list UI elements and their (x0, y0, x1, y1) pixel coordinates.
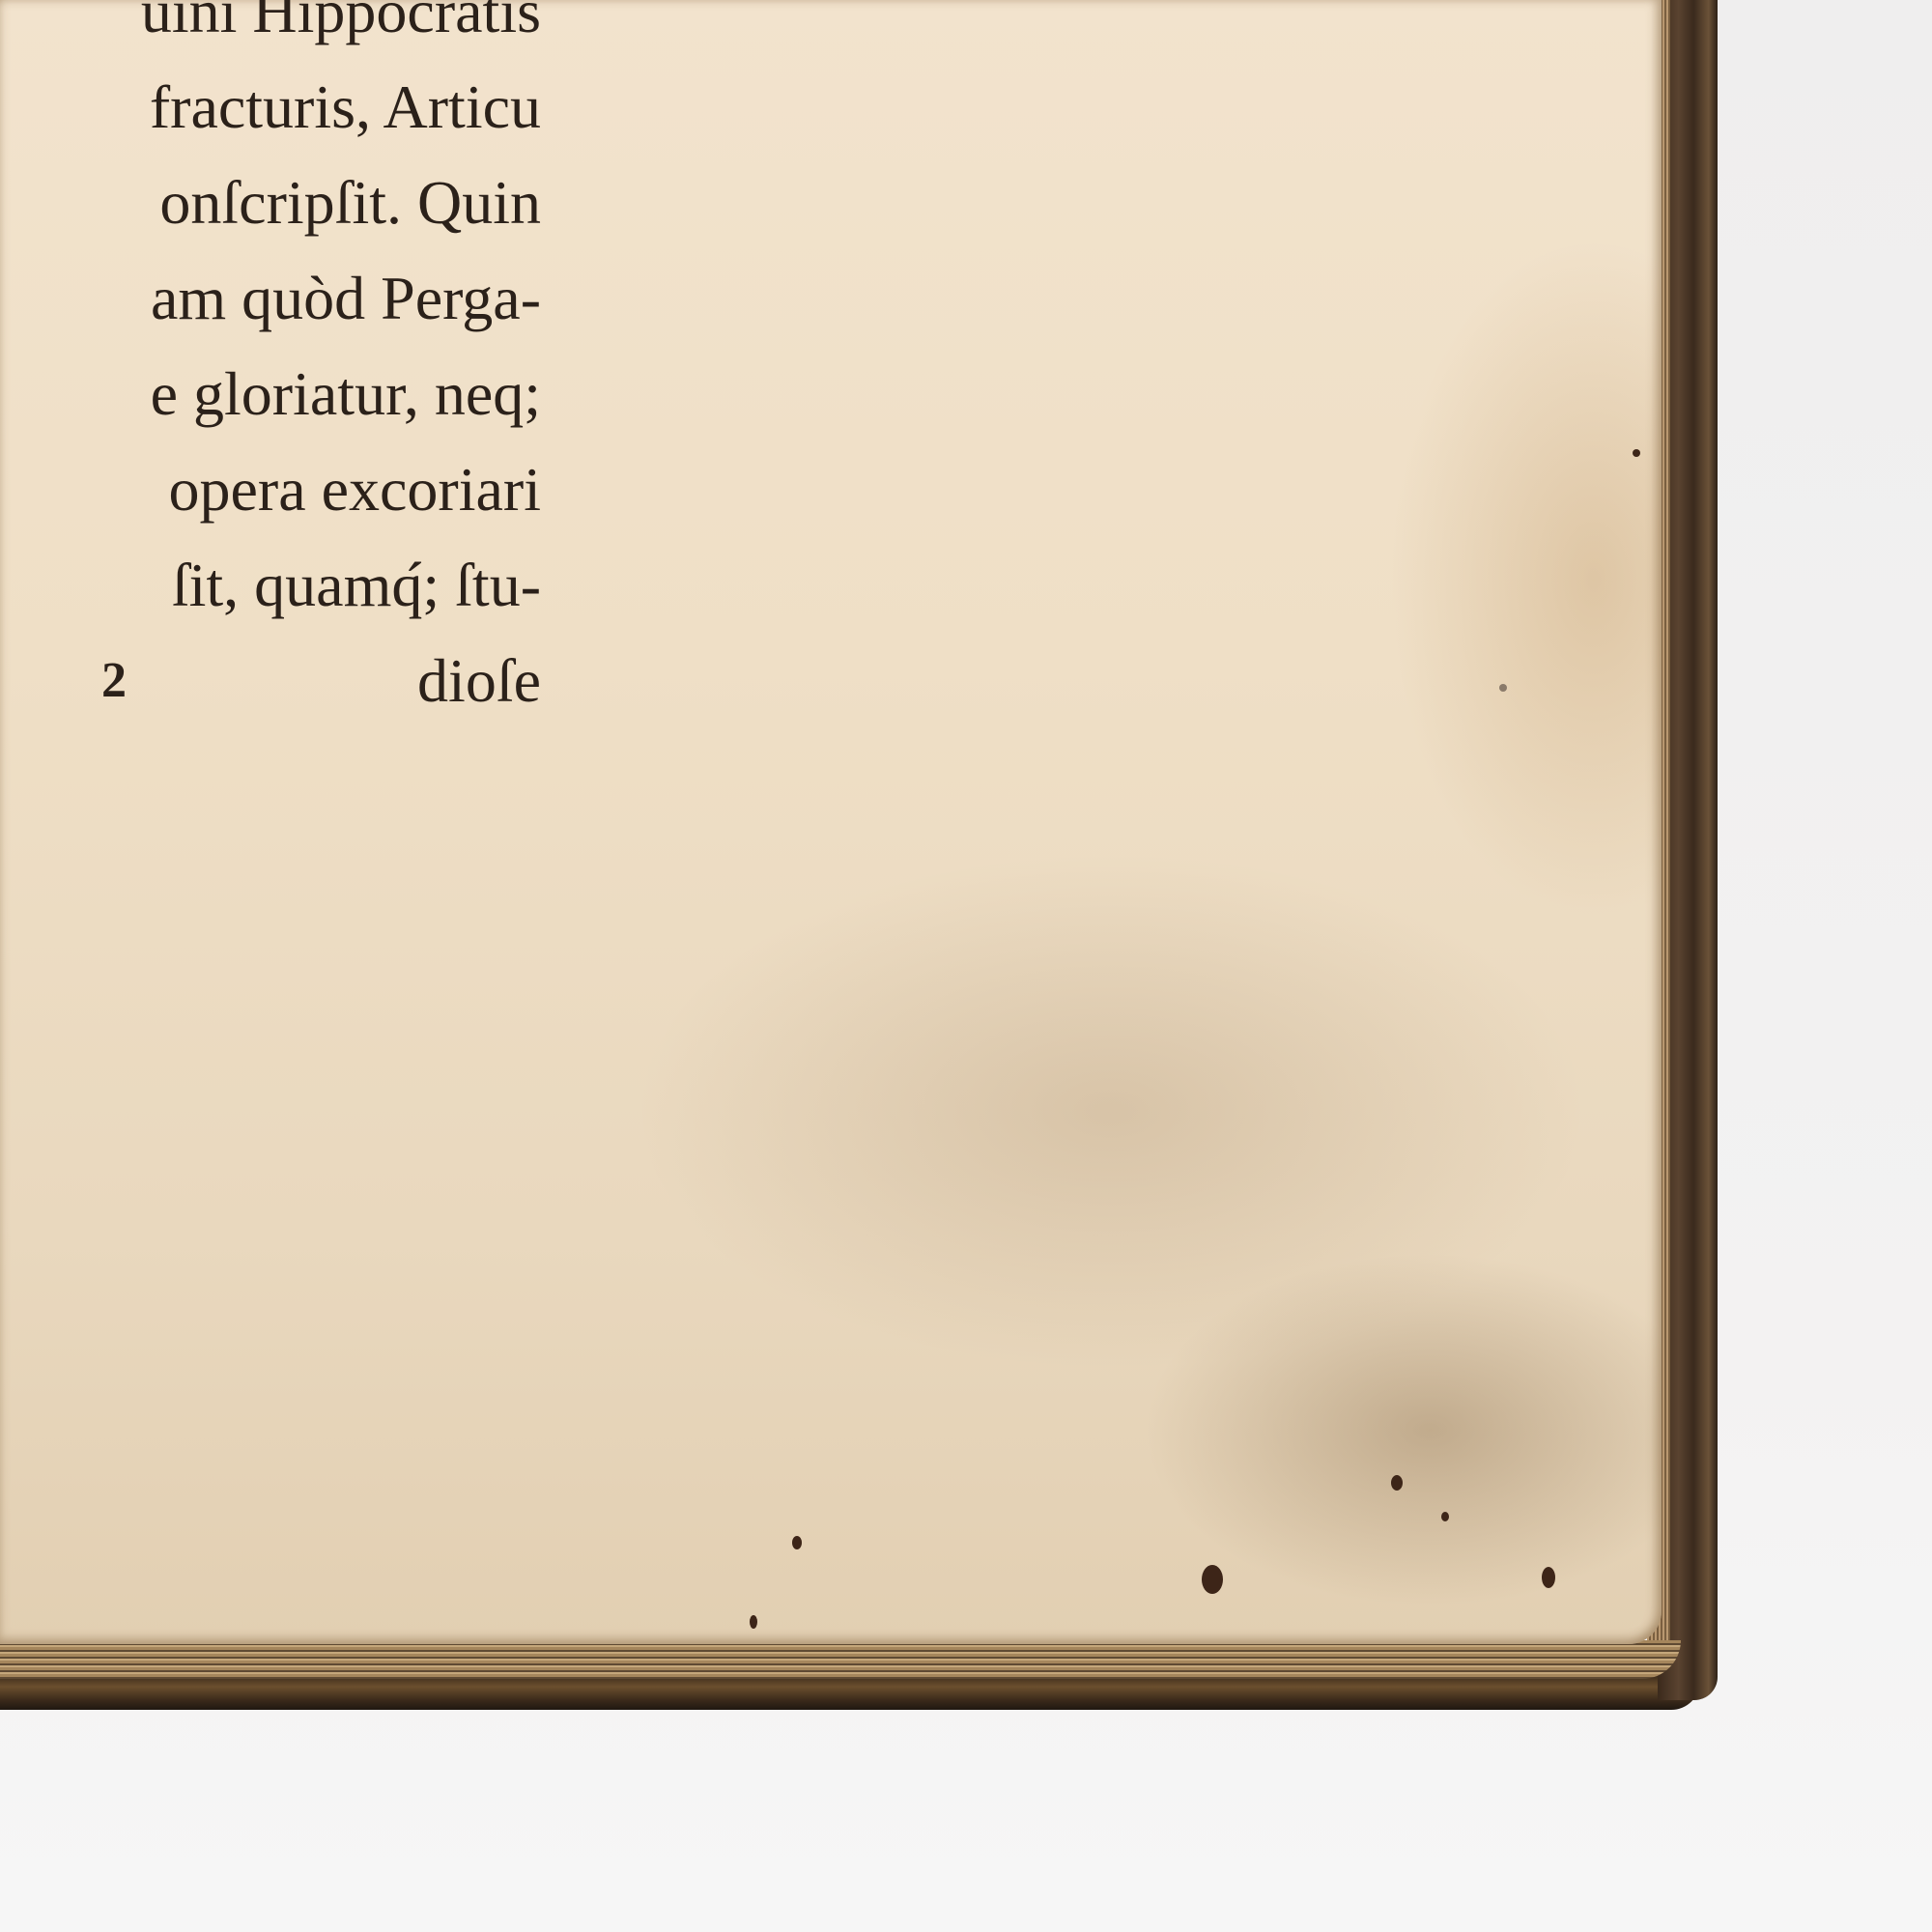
book-page: uini Hippocratis fracturis, Articu onſcr… (0, 0, 1662, 1644)
text-line: opera excoriari (0, 441, 541, 537)
foxing-spot (1633, 449, 1640, 457)
text-line: ſit, quamq́; ſtu- (0, 537, 541, 633)
printed-text-block: uini Hippocratis fracturis, Articu onſcr… (0, 0, 541, 728)
text-line: fracturis, Articu (0, 59, 541, 155)
foxing-spot (1391, 1475, 1403, 1491)
foxing-spot (1202, 1565, 1223, 1594)
footer-line: 2 dioſe (0, 633, 541, 728)
foxing-spot (1441, 1512, 1449, 1521)
text-line: e gloriatur, neq; (0, 346, 541, 441)
foxing-spot (750, 1615, 757, 1629)
foxing-spot (792, 1536, 802, 1549)
catchword: dioſe (417, 633, 541, 728)
foxing-spot (1542, 1567, 1555, 1588)
text-line: onſcripſit. Quin (0, 155, 541, 250)
page-stack-bottom-edge (0, 1640, 1681, 1679)
text-line: uini Hippocratis (0, 0, 541, 59)
signature-mark: 2 (101, 633, 127, 728)
foxing-spot (1499, 684, 1507, 692)
text-line: am quòd Perga- (0, 250, 541, 346)
